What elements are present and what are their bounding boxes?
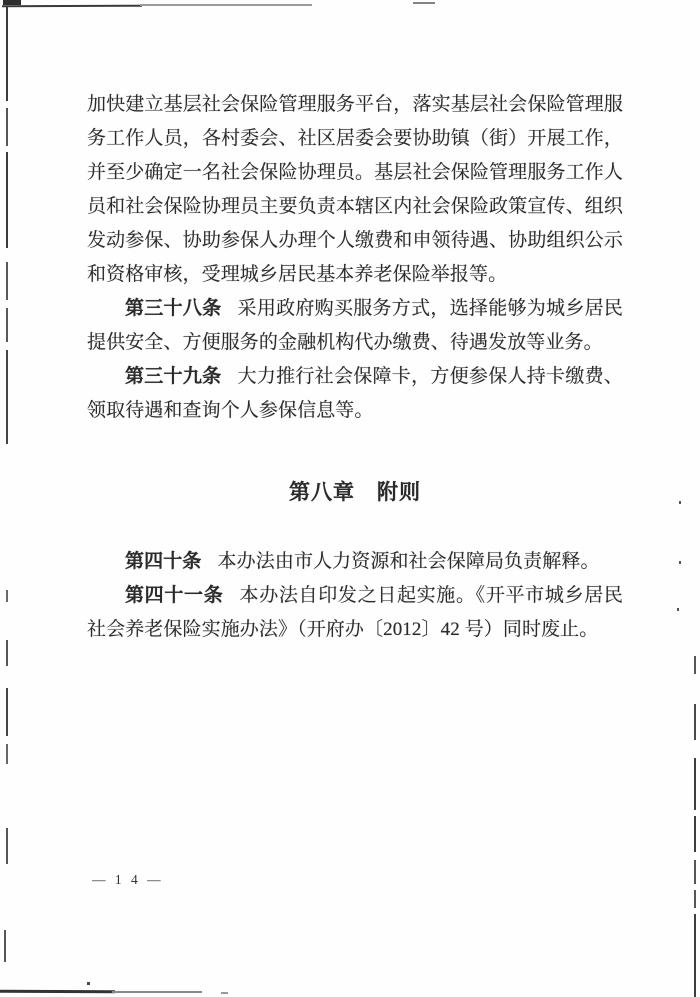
scan-line-left-segment (6, 262, 8, 300)
scan-line-left-segment (6, 108, 8, 146)
scan-dot-right (679, 501, 681, 504)
article-number-label: 第三十八条 (125, 298, 221, 319)
scan-line-left-segment (6, 640, 8, 666)
scan-dot-right (679, 561, 681, 564)
paragraph-article-39: 第三十九条大力推行社会保障卡，方便参保人持卡缴费、领取待遇和查询个人参保信息等。 (87, 360, 623, 428)
scan-dot-right (677, 608, 679, 611)
scan-line-right-segment (694, 656, 696, 674)
scan-line-left-segment (6, 828, 8, 864)
scan-dash-bottom (221, 992, 228, 994)
scan-line-left-segment (4, 930, 6, 962)
scanned-document-page: 加快建立基层社会保险管理服务平台，落实基层社会保险管理服务工作人员，各村委会、社… (0, 0, 700, 997)
scan-line-bottom-dark (0, 990, 115, 993)
scan-line-right-segment (694, 914, 696, 997)
scan-line-left-segment (6, 308, 8, 342)
scan-line-right-segment (694, 860, 696, 884)
scan-line-right-segment (694, 704, 696, 740)
paragraph-text: 加快建立基层社会保险管理服务平台，落实基层社会保险管理服务工作人员，各村委会、社… (87, 94, 623, 285)
scan-line-left-segment (6, 350, 8, 444)
scan-line-left-segment (6, 590, 8, 602)
article-number-label: 第四十条 (125, 551, 201, 572)
article-number-label: 第三十九条 (125, 366, 221, 387)
scan-dot-bottom (87, 982, 90, 985)
paragraph-article-40: 第四十条本办法由市人力资源和社会保障局负责解释。 (87, 545, 623, 579)
scan-line-left-segment (6, 152, 8, 248)
document-body: 加快建立基层社会保险管理服务平台，落实基层社会保险管理服务工作人员，各村委会、社… (87, 88, 623, 647)
paragraph-text: 本办法由市人力资源和社会保障局负责解释。 (218, 551, 600, 572)
scan-line-top-gray (140, 4, 312, 6)
scan-line-right-segment (694, 890, 696, 908)
scan-line-left-segment (6, 6, 8, 101)
article-number-label: 第四十一条 (125, 585, 223, 606)
scan-line-top-dark (2, 5, 142, 7)
scan-line-left-segment (6, 688, 8, 736)
paragraph-article-38: 第三十八条采用政府购买服务方式，选择能够为城乡居民提供安全、方便服务的金融机构代… (87, 292, 623, 360)
scan-line-right-segment (694, 758, 696, 810)
scan-line-left-segment (6, 744, 8, 764)
paragraph-article-41: 第四十一条本办法自印发之日起实施。《开平市城乡居民社会养老保险实施办法》（开府办… (87, 579, 623, 647)
page-number: — 1 4 — (92, 872, 164, 888)
scan-dash-top-right (413, 2, 435, 4)
paragraph-continuation: 加快建立基层社会保险管理服务平台，落实基层社会保险管理服务工作人员，各村委会、社… (87, 88, 623, 292)
scan-line-right-segment (694, 816, 696, 852)
scan-line-bottom-gray (112, 991, 202, 993)
chapter-heading: 第八章 附则 (87, 476, 623, 510)
scan-mark-top-left-blob (3, 0, 21, 5)
